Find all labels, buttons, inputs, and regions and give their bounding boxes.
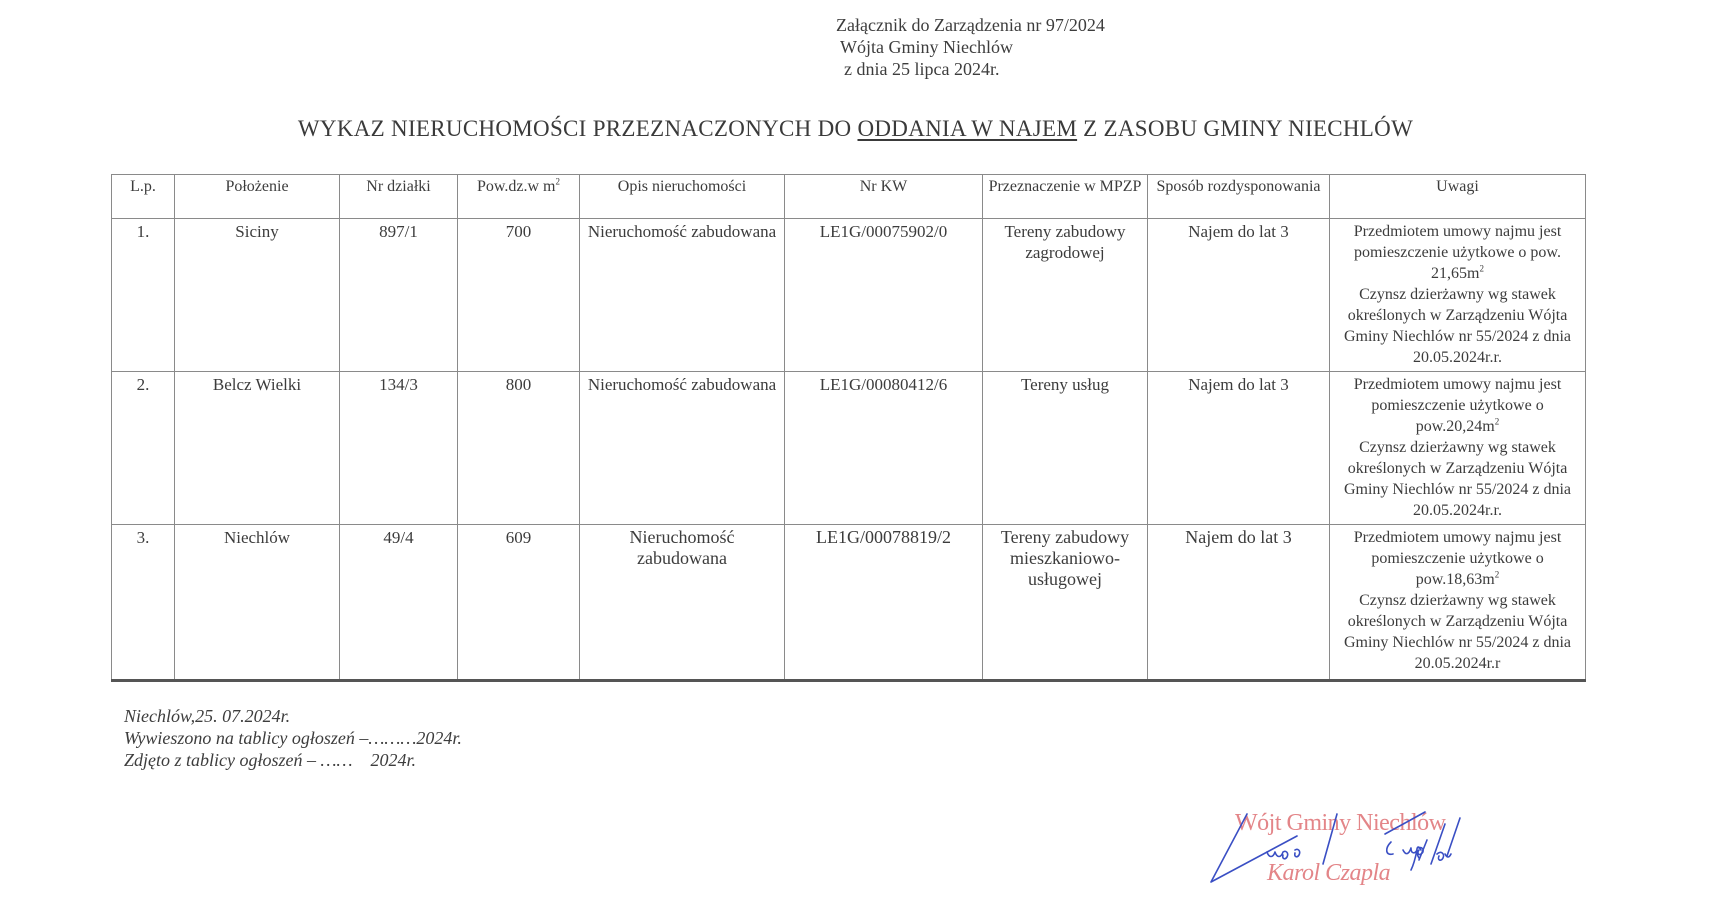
- mayor-signature: Wójt Gminy Niechlów Karol Czapla: [1205, 808, 1535, 903]
- cell-lp: 3.: [112, 525, 175, 681]
- document-title: WYKAZ NIERUCHOMOŚCI PRZEZNACZONYCH DO OD…: [0, 116, 1711, 142]
- cell-area: 700: [458, 219, 580, 372]
- cell-area: 800: [458, 372, 580, 525]
- cell-zoning: Tereny zabudowy zagrodowej: [983, 219, 1148, 372]
- cell-area: 609: [458, 525, 580, 681]
- table-row: 2. Belcz Wielki 134/3 800 Nieruchomość z…: [112, 372, 1586, 525]
- cell-plot-number: 897/1: [340, 219, 458, 372]
- posting-notes: Niechlów,25. 07.2024r. Wywieszono na tab…: [124, 705, 462, 771]
- attachment-header: Załącznik do Zarządzenia nr 97/2024 Wójt…: [836, 14, 1105, 80]
- col-header-zoning: Przeznaczenie w MPZP: [983, 175, 1148, 219]
- cell-description: Nieruchomość zabudowana: [580, 372, 785, 525]
- cell-location: Siciny: [175, 219, 340, 372]
- cell-lp: 2.: [112, 372, 175, 525]
- cell-lp: 1.: [112, 219, 175, 372]
- title-part-2: Z ZASOBU GMINY NIECHLÓW: [1077, 116, 1413, 141]
- col-header-area: Pow.dz.w m2: [458, 175, 580, 219]
- col-header-remarks: Uwagi: [1330, 175, 1586, 219]
- table-row: 3. Niechlów 49/4 609 Nieruchomość zabudo…: [112, 525, 1586, 681]
- property-list-table: L.p. Położenie Nr działki Pow.dz.w m2 Op…: [111, 174, 1586, 682]
- cell-remarks: Przedmiotem umowy najmu jest pomieszczen…: [1330, 372, 1586, 525]
- cell-land-register: LE1G/00078819/2: [785, 525, 983, 681]
- col-header-disposal-method: Sposób rozdysponowania: [1148, 175, 1330, 219]
- attachment-line-date: z dnia 25 lipca 2024r.: [836, 58, 1105, 80]
- cell-description: Nieruchomość zabudowana: [580, 219, 785, 372]
- cell-land-register: LE1G/00080412/6: [785, 372, 983, 525]
- cell-remarks: Przedmiotem umowy najmu jest pomieszczen…: [1330, 219, 1586, 372]
- title-part-1: WYKAZ NIERUCHOMOŚCI PRZEZNACZONYCH DO: [298, 116, 858, 141]
- table-row: 1. Siciny 897/1 700 Nieruchomość zabudow…: [112, 219, 1586, 372]
- col-header-location: Położenie: [175, 175, 340, 219]
- col-header-lp: L.p.: [112, 175, 175, 219]
- cell-zoning: Tereny zabudowy mieszkaniowo-usługowej: [983, 525, 1148, 681]
- attachment-line-ordinance: Załącznik do Zarządzenia nr 97/2024: [836, 14, 1105, 36]
- col-header-plot-number: Nr działki: [340, 175, 458, 219]
- table-header-row: L.p. Położenie Nr działki Pow.dz.w m2 Op…: [112, 175, 1586, 219]
- cell-location: Niechlów: [175, 525, 340, 681]
- cell-disposal-method: Najem do lat 3: [1148, 219, 1330, 372]
- col-header-description: Opis nieruchomości: [580, 175, 785, 219]
- cell-zoning: Tereny usług: [983, 372, 1148, 525]
- place-date: Niechlów,25. 07.2024r.: [124, 705, 462, 727]
- handwritten-signature-icon: [1205, 808, 1535, 903]
- cell-description: Nieruchomość zabudowana: [580, 525, 785, 681]
- cell-disposal-method: Najem do lat 3: [1148, 525, 1330, 681]
- cell-plot-number: 49/4: [340, 525, 458, 681]
- attachment-line-authority: Wójta Gminy Niechlów: [836, 36, 1105, 58]
- cell-land-register: LE1G/00075902/0: [785, 219, 983, 372]
- title-underlined: ODDANIA W NAJEM: [857, 116, 1077, 141]
- col-header-land-register: Nr KW: [785, 175, 983, 219]
- cell-plot-number: 134/3: [340, 372, 458, 525]
- removed-from-board: Zdjęto z tablicy ogłoszeń – …… 2024r.: [124, 749, 462, 771]
- posted-on-board: Wywieszono na tablicy ogłoszeń –………2024r…: [124, 727, 462, 749]
- cell-disposal-method: Najem do lat 3: [1148, 372, 1330, 525]
- cell-remarks: Przedmiotem umowy najmu jest pomieszczen…: [1330, 525, 1586, 681]
- cell-location: Belcz Wielki: [175, 372, 340, 525]
